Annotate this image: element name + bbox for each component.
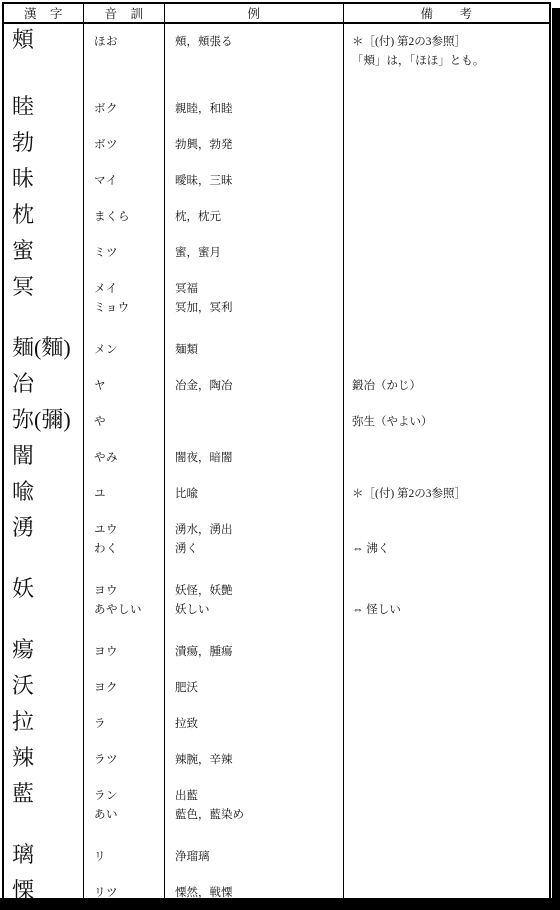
reading-line: ヨウ bbox=[94, 646, 164, 665]
kanji-cell: 慄 bbox=[4, 875, 84, 898]
example-line: 湧水，湧出 bbox=[175, 524, 343, 543]
remark-cell bbox=[344, 235, 549, 271]
kanji-table: 漢 字 音 訓 例 備 考 頰ほお頰，頰張る＊［(付) 第2の3参照］「頰」は，… bbox=[2, 2, 551, 898]
reading-line: リツ bbox=[94, 887, 164, 898]
reading-line: ラツ bbox=[94, 754, 164, 773]
example-cell: 冥福冥加，冥利 bbox=[165, 271, 344, 332]
header-kanji: 漢 字 bbox=[4, 4, 84, 22]
kanji-cell: 昧 bbox=[4, 163, 84, 199]
reading-line: ラ bbox=[94, 718, 164, 737]
example-line: 肥沃 bbox=[175, 682, 343, 701]
remark-cell: 弥生（やよい） bbox=[344, 404, 549, 440]
kanji-row: 慄リツ慄然，戦慄 bbox=[4, 875, 549, 898]
example-cell: 麺類 bbox=[165, 332, 344, 368]
kanji-cell: 辣 bbox=[4, 742, 84, 778]
reading-line: ヨク bbox=[94, 682, 164, 701]
reading-line: ボツ bbox=[94, 139, 164, 158]
kanji-cell: 枕 bbox=[4, 199, 84, 235]
remark-line: ⇔ 沸く bbox=[352, 543, 549, 562]
remark-cell bbox=[344, 91, 549, 127]
kanji-row: 妖ヨウあやしい妖怪，妖艶妖しい⇔ 怪しい bbox=[4, 573, 549, 634]
example-line: 潰瘍，腫瘍 bbox=[175, 646, 343, 665]
reading-line: ミツ bbox=[94, 247, 164, 266]
example-line: 出藍 bbox=[175, 790, 343, 809]
reading-line: あやしい bbox=[94, 604, 164, 623]
reading-cell: や bbox=[84, 404, 165, 440]
example-cell: 枕，枕元 bbox=[165, 199, 344, 235]
example-line: 妖しい bbox=[175, 604, 343, 623]
kanji-cell: 璃 bbox=[4, 839, 84, 875]
reading-cell: マイ bbox=[84, 163, 165, 199]
example-cell: 頰，頰張る bbox=[165, 24, 344, 91]
kanji-cell: 勃 bbox=[4, 127, 84, 163]
reading-line: わく bbox=[94, 543, 164, 562]
remark-line: ＊［(付) 第2の3参照］ bbox=[352, 488, 549, 507]
kanji-row: 昧マイ曖昧，三昧 bbox=[4, 163, 549, 199]
reading-line: あい bbox=[94, 809, 164, 828]
remark-cell: ⇔ 怪しい bbox=[344, 573, 549, 634]
example-cell: 慄然，戦慄 bbox=[165, 875, 344, 898]
kanji-cell: 麺(麵) bbox=[4, 332, 84, 368]
reading-line: リ bbox=[94, 851, 164, 870]
example-cell: 妖怪，妖艶妖しい bbox=[165, 573, 344, 634]
kanji-row: 藍ランあい出藍藍色，藍染め bbox=[4, 778, 549, 839]
kanji-row: 枕まくら枕，枕元 bbox=[4, 199, 549, 235]
reading-cell: まくら bbox=[84, 199, 165, 235]
reading-cell: ラ bbox=[84, 706, 165, 742]
remark-cell bbox=[344, 670, 549, 706]
reading-cell: やみ bbox=[84, 440, 165, 476]
example-cell: 浄瑠璃 bbox=[165, 839, 344, 875]
example-cell: 冶金，陶冶 bbox=[165, 368, 344, 404]
kanji-cell: 冶 bbox=[4, 368, 84, 404]
reading-line: ユ bbox=[94, 488, 164, 507]
remark-cell: ＊［(付) 第2の3参照］ bbox=[344, 476, 549, 512]
reading-line: メイ bbox=[94, 283, 164, 302]
remark-cell bbox=[344, 778, 549, 839]
example-line: 曖昧，三昧 bbox=[175, 175, 343, 194]
kanji-cell: 藍 bbox=[4, 778, 84, 839]
kanji-cell: 蜜 bbox=[4, 235, 84, 271]
kanji-row: 睦ボク親睦，和睦 bbox=[4, 91, 549, 127]
example-line: 勃興，勃発 bbox=[175, 139, 343, 158]
reading-line: まくら bbox=[94, 211, 164, 230]
kanji-cell: 喩 bbox=[4, 476, 84, 512]
kanji-cell: 湧 bbox=[4, 512, 84, 573]
remark-line bbox=[352, 524, 549, 543]
remark-cell bbox=[344, 839, 549, 875]
example-cell: 蜜，蜜月 bbox=[165, 235, 344, 271]
example-line: 親睦，和睦 bbox=[175, 103, 343, 122]
remark-cell: ⇔ 沸く bbox=[344, 512, 549, 573]
reading-line: ほお bbox=[94, 36, 164, 55]
reading-cell: ランあい bbox=[84, 778, 165, 839]
example-line: 枕，枕元 bbox=[175, 211, 343, 230]
kanji-cell: 睦 bbox=[4, 91, 84, 127]
reading-cell: ヨウあやしい bbox=[84, 573, 165, 634]
reading-cell: メン bbox=[84, 332, 165, 368]
remark-cell bbox=[344, 875, 549, 898]
remark-cell bbox=[344, 634, 549, 670]
example-cell: 曖昧，三昧 bbox=[165, 163, 344, 199]
example-cell: 拉致 bbox=[165, 706, 344, 742]
reading-cell: ユ bbox=[84, 476, 165, 512]
example-line: 湧く bbox=[175, 543, 343, 562]
remark-cell bbox=[344, 706, 549, 742]
remark-cell bbox=[344, 199, 549, 235]
kanji-row: 冶ヤ冶金，陶冶鍛冶（かじ） bbox=[4, 368, 549, 404]
example-cell: 辣腕，辛辣 bbox=[165, 742, 344, 778]
example-line: 比喩 bbox=[175, 488, 343, 507]
example-line: 冥福 bbox=[175, 283, 343, 302]
reading-line: ヨウ bbox=[94, 585, 164, 604]
reading-line: やみ bbox=[94, 452, 164, 471]
remark-line: 弥生（やよい） bbox=[352, 416, 549, 435]
reading-line: マイ bbox=[94, 175, 164, 194]
example-line: 麺類 bbox=[175, 344, 343, 363]
reading-cell: ヨウ bbox=[84, 634, 165, 670]
kanji-row: 湧ユウわく湧水，湧出湧く⇔ 沸く bbox=[4, 512, 549, 573]
example-line: 闇夜，暗闇 bbox=[175, 452, 343, 471]
kanji-cell: 瘍 bbox=[4, 634, 84, 670]
kanji-row: 頰ほお頰，頰張る＊［(付) 第2の3参照］「頰」は，「ほほ」とも。 bbox=[4, 24, 549, 91]
example-cell bbox=[165, 404, 344, 440]
scan-edge-bottom bbox=[0, 898, 560, 910]
reading-cell: リ bbox=[84, 839, 165, 875]
reading-cell: ラツ bbox=[84, 742, 165, 778]
example-line: 蜜，蜜月 bbox=[175, 247, 343, 266]
reading-line: ボク bbox=[94, 103, 164, 122]
reading-line: や bbox=[94, 416, 164, 435]
kanji-row: 麺(麵)メン麺類 bbox=[4, 332, 549, 368]
example-cell: 出藍藍色，藍染め bbox=[165, 778, 344, 839]
remark-line: 鍛冶（かじ） bbox=[352, 380, 549, 399]
kanji-cell: 拉 bbox=[4, 706, 84, 742]
kanji-row: 弥(彌)や弥生（やよい） bbox=[4, 404, 549, 440]
table-header-row: 漢 字 音 訓 例 備 考 bbox=[4, 4, 549, 24]
example-line: 頰，頰張る bbox=[175, 36, 343, 55]
reading-cell: ユウわく bbox=[84, 512, 165, 573]
example-cell: 親睦，和睦 bbox=[165, 91, 344, 127]
example-line: 慄然，戦慄 bbox=[175, 887, 343, 898]
scan-edge-right bbox=[552, 8, 560, 910]
kanji-cell: 妖 bbox=[4, 573, 84, 634]
example-line: 藍色，藍染め bbox=[175, 809, 343, 828]
remark-cell: 鍛冶（かじ） bbox=[344, 368, 549, 404]
header-rei: 例 bbox=[165, 4, 344, 22]
kanji-row: 璃リ浄瑠璃 bbox=[4, 839, 549, 875]
reading-cell: リツ bbox=[84, 875, 165, 898]
kanji-cell: 冥 bbox=[4, 271, 84, 332]
remark-cell bbox=[344, 742, 549, 778]
remark-cell bbox=[344, 440, 549, 476]
remark-line: ＊［(付) 第2の3参照］ bbox=[352, 36, 549, 55]
table-body: 頰ほお頰，頰張る＊［(付) 第2の3参照］「頰」は，「ほほ」とも。睦ボク親睦，和… bbox=[4, 24, 549, 898]
remark-line: 「頰」は，「ほほ」とも。 bbox=[352, 55, 549, 74]
example-cell: 比喩 bbox=[165, 476, 344, 512]
example-line: 拉致 bbox=[175, 718, 343, 737]
reading-line: ユウ bbox=[94, 524, 164, 543]
remark-cell bbox=[344, 332, 549, 368]
reading-cell: ヤ bbox=[84, 368, 165, 404]
remark-cell bbox=[344, 163, 549, 199]
kanji-cell: 頰 bbox=[4, 24, 84, 91]
example-cell: 勃興，勃発 bbox=[165, 127, 344, 163]
example-line: 冥加，冥利 bbox=[175, 302, 343, 321]
kanji-row: 闇やみ闇夜，暗闇 bbox=[4, 440, 549, 476]
example-line: 浄瑠璃 bbox=[175, 851, 343, 870]
kanji-row: 辣ラツ辣腕，辛辣 bbox=[4, 742, 549, 778]
remark-line: ⇔ 怪しい bbox=[352, 604, 549, 623]
reading-cell: ヨク bbox=[84, 670, 165, 706]
remark-cell bbox=[344, 271, 549, 332]
kanji-row: 勃ボツ勃興，勃発 bbox=[4, 127, 549, 163]
kanji-cell: 沃 bbox=[4, 670, 84, 706]
reading-cell: ミツ bbox=[84, 235, 165, 271]
example-cell: 潰瘍，腫瘍 bbox=[165, 634, 344, 670]
example-cell: 闇夜，暗闇 bbox=[165, 440, 344, 476]
kanji-row: 蜜ミツ蜜，蜜月 bbox=[4, 235, 549, 271]
kanji-row: 冥メイミョウ冥福冥加，冥利 bbox=[4, 271, 549, 332]
remark-cell: ＊［(付) 第2の3参照］「頰」は，「ほほ」とも。 bbox=[344, 24, 549, 91]
reading-cell: ほお bbox=[84, 24, 165, 91]
remark-line bbox=[352, 585, 549, 604]
reading-cell: ボツ bbox=[84, 127, 165, 163]
kanji-row: 瘍ヨウ潰瘍，腫瘍 bbox=[4, 634, 549, 670]
example-line: 妖怪，妖艶 bbox=[175, 585, 343, 604]
reading-line: ラン bbox=[94, 790, 164, 809]
example-cell: 湧水，湧出湧く bbox=[165, 512, 344, 573]
example-cell: 肥沃 bbox=[165, 670, 344, 706]
example-line: 辣腕，辛辣 bbox=[175, 754, 343, 773]
reading-line: ミョウ bbox=[94, 302, 164, 321]
reading-line: ヤ bbox=[94, 380, 164, 399]
reading-line: メン bbox=[94, 344, 164, 363]
reading-cell: メイミョウ bbox=[84, 271, 165, 332]
kanji-row: 拉ラ拉致 bbox=[4, 706, 549, 742]
kanji-cell: 闇 bbox=[4, 440, 84, 476]
kanji-row: 喩ユ比喩＊［(付) 第2の3参照］ bbox=[4, 476, 549, 512]
header-onkun: 音 訓 bbox=[84, 4, 165, 22]
example-line: 冶金，陶冶 bbox=[175, 380, 343, 399]
reading-cell: ボク bbox=[84, 91, 165, 127]
remark-cell bbox=[344, 127, 549, 163]
header-biko: 備 考 bbox=[344, 4, 549, 22]
kanji-cell: 弥(彌) bbox=[4, 404, 84, 440]
kanji-row: 沃ヨク肥沃 bbox=[4, 670, 549, 706]
